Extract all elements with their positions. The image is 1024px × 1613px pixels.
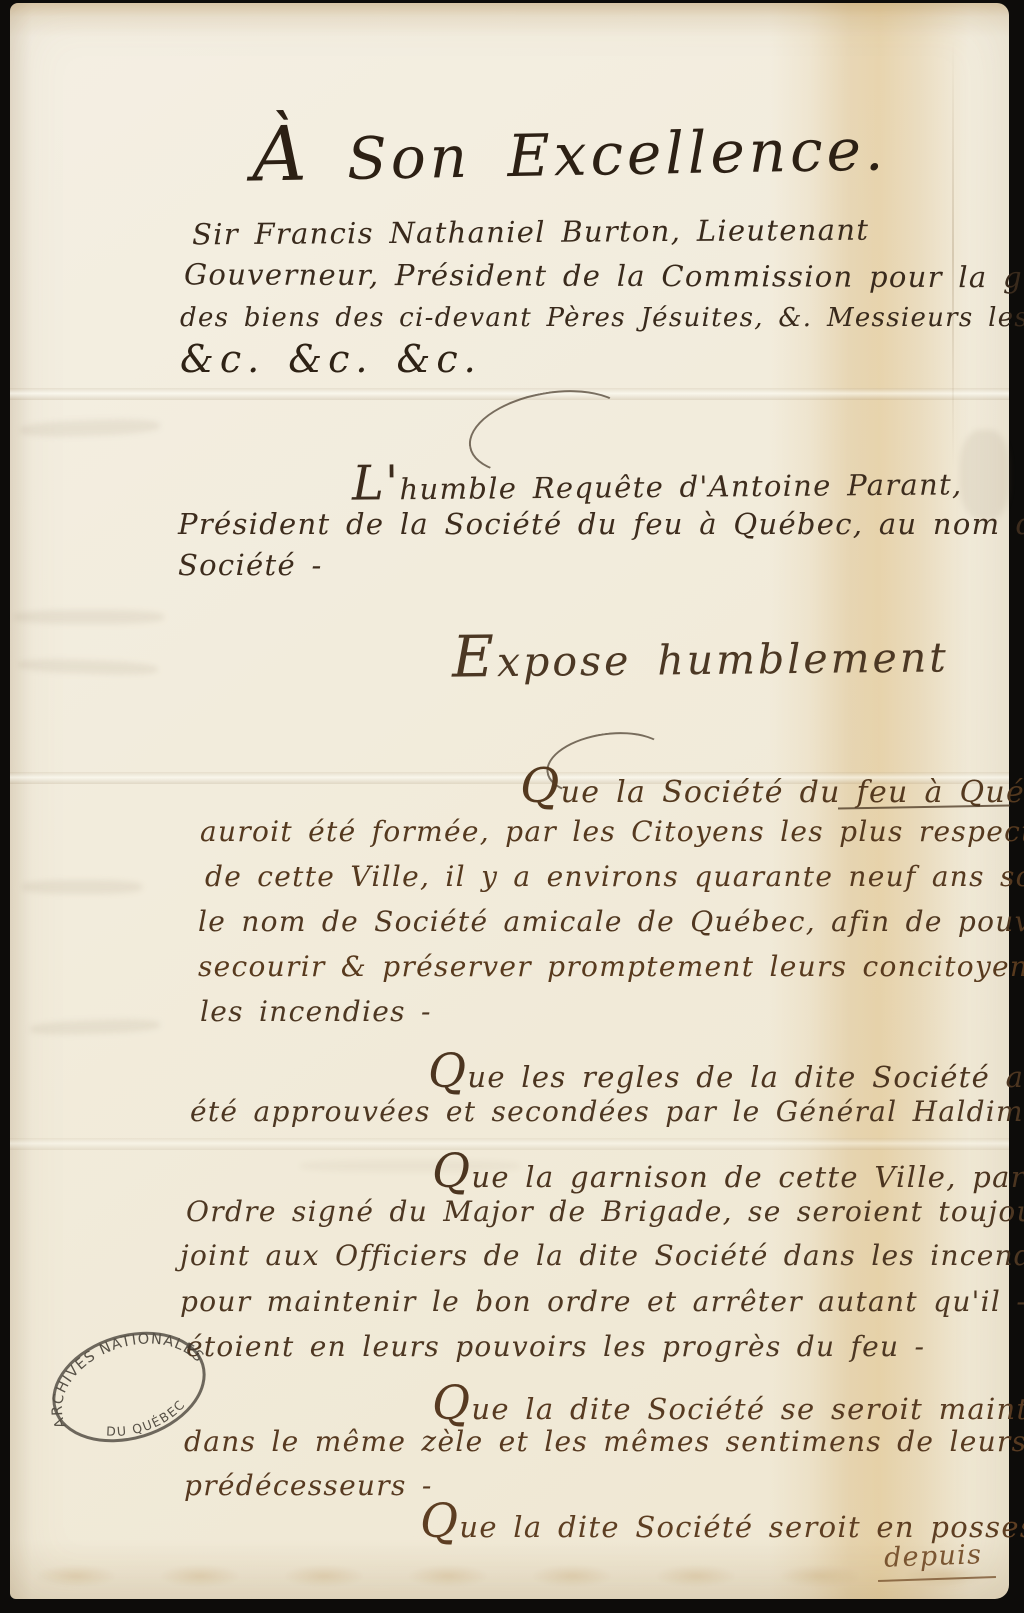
manuscript-line: Que les regles de la dite Société auroie…: [428, 1048, 1024, 1094]
manuscript-line: Que la garnison de cette Ville, par un: [432, 1148, 1024, 1194]
stamp-top-text: ARCHIVES NATIONALES: [33, 1313, 215, 1431]
manuscript-line: Que la dite Société seroit en possession: [420, 1498, 1024, 1544]
svg-text:ARCHIVES NATIONALES: ARCHIVES NATIONALES: [33, 1313, 215, 1431]
manuscript-line: auroit été formée, par les Citoyens les …: [200, 818, 1024, 846]
manuscript-line: secourir & préserver promptement leurs c…: [198, 953, 1024, 981]
etcetera-marks: &c. &c. &c.: [180, 340, 482, 378]
catchword: depuis: [884, 1541, 983, 1571]
manuscript-line: de cette Ville, il y a environs quarante…: [205, 863, 1024, 891]
manuscript-line: été approuvées et secondées par le Génér…: [190, 1098, 1024, 1126]
manuscript-line: les incendies -: [200, 998, 432, 1026]
manuscript-line: étoient en leurs pouvoirs les progrès du…: [186, 1333, 925, 1361]
address-line: Gouverneur, Président de la Commission p…: [184, 260, 1024, 292]
manuscript-line: Que la dite Société se seroit maintenue: [432, 1380, 1024, 1426]
manuscript-photo: { "colors": { "background": "#0d0c0a", "…: [0, 0, 1024, 1613]
petition-line: L'humble Requête d'Antoine Parant,: [352, 455, 963, 508]
manuscript-line: Ordre signé du Major de Brigade, se sero…: [186, 1198, 1024, 1226]
manuscript-line: prédécesseurs -: [184, 1472, 433, 1500]
document-heading: À Son Excellence.: [251, 106, 887, 192]
fold-crease: [10, 388, 1009, 400]
manuscript-line: le nom de Société amicale de Québec, afi…: [198, 908, 1024, 936]
bleed-through: [22, 880, 142, 894]
petition-line: Président de la Société du feu à Québec,…: [178, 510, 1024, 539]
address-line: des biens des ci-devant Pères Jésuites, …: [180, 305, 1024, 331]
manuscript-line: Que la Société du feu à Québec: [520, 762, 1024, 810]
manuscript-line: joint aux Officiers de la dite Société d…: [180, 1242, 1024, 1270]
manuscript-line: dans le même zèle et les mêmes sentimens…: [184, 1428, 1024, 1456]
paper-edge-line: [952, 40, 954, 470]
expose-heading: Expose humblement: [452, 623, 949, 686]
manuscript-line: pour maintenir le bon ordre et arrêter a…: [180, 1288, 1024, 1316]
address-line: Sir Francis Nathaniel Burton, Lieutenant: [192, 216, 869, 250]
bleed-through: [14, 610, 164, 624]
petition-line: Société -: [178, 551, 323, 580]
